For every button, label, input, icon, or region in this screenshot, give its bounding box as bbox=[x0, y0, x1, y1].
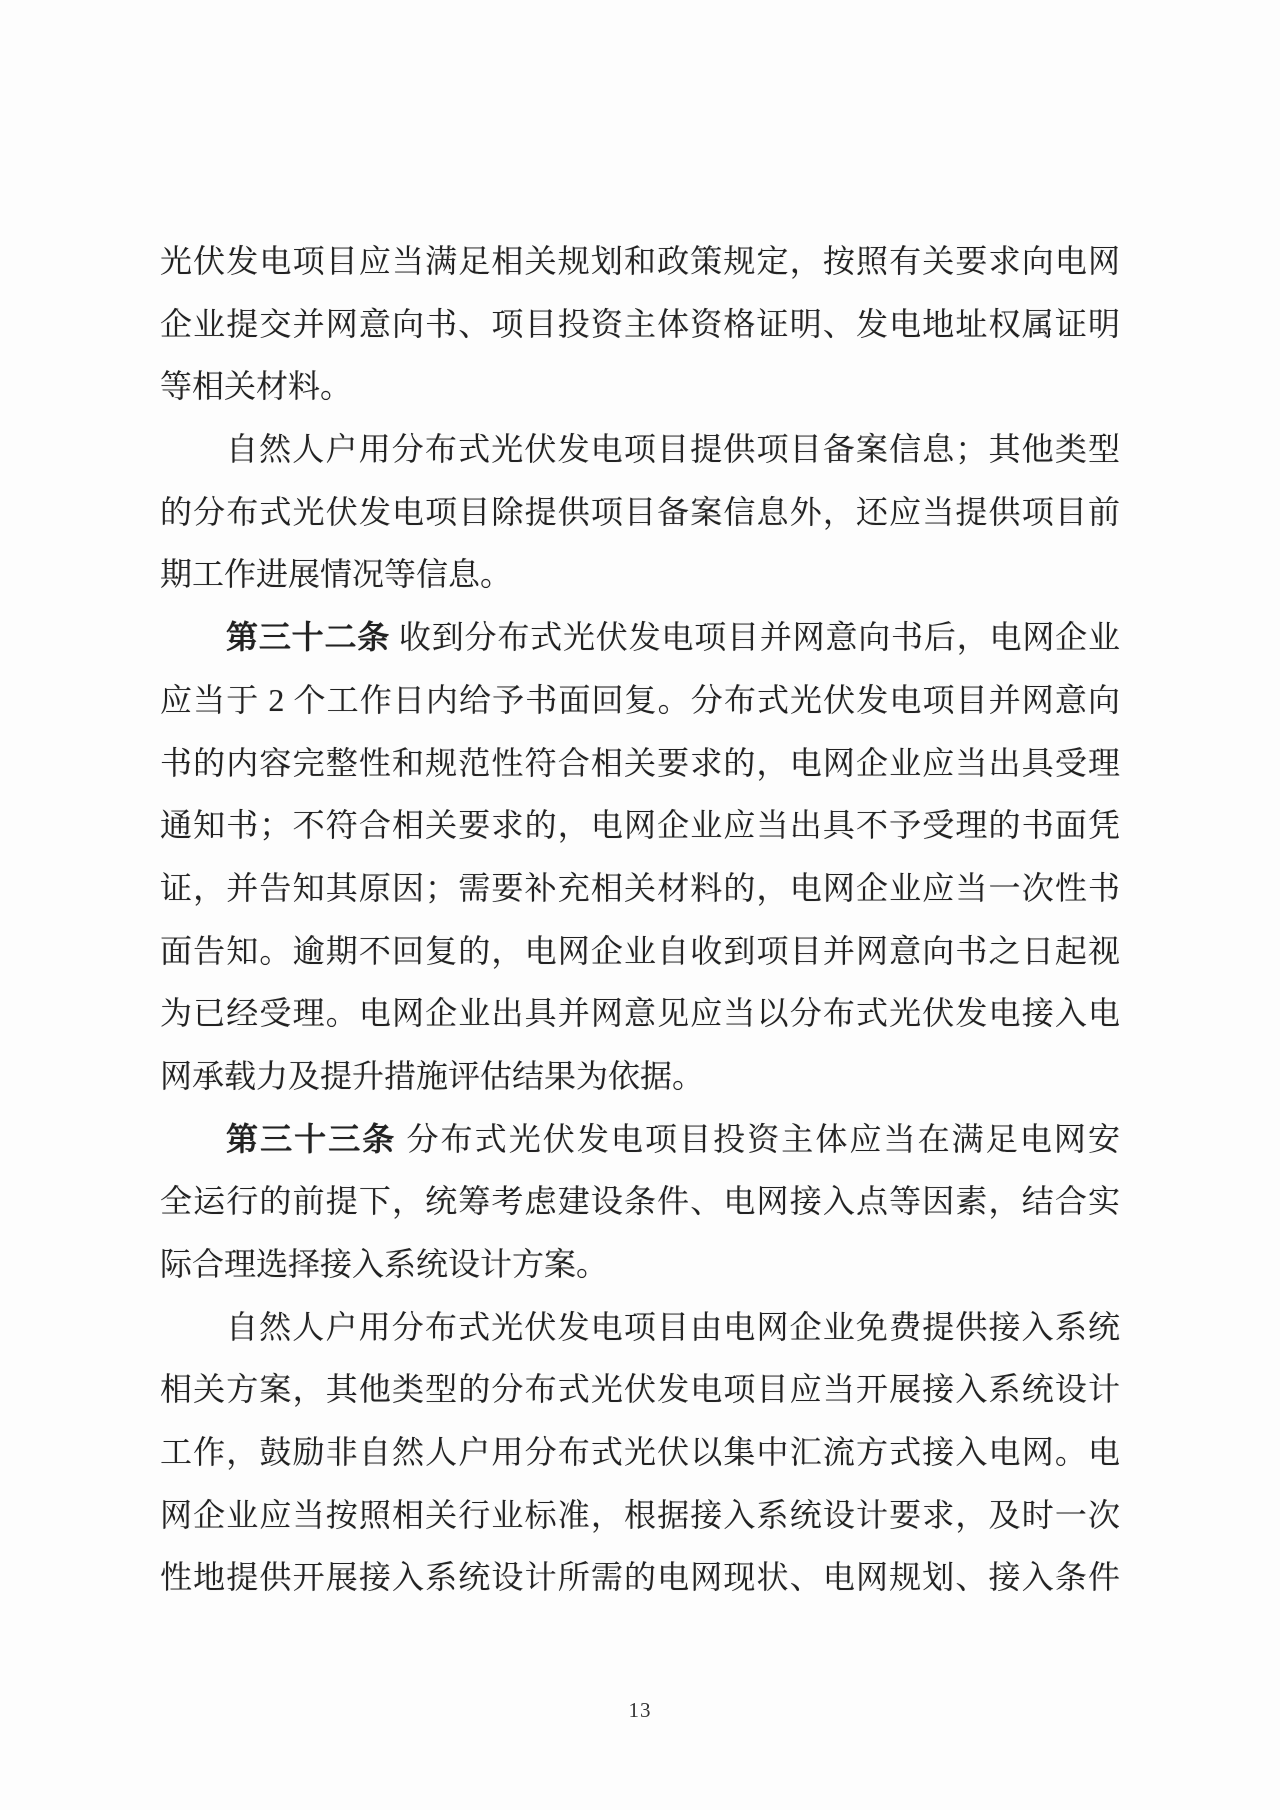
text-line: 网企业应当按照相关行业标准，根据接入系统设计要求，及时一次 bbox=[160, 1484, 1120, 1547]
text-line: 书的内容完整性和规范性符合相关要求的，电网企业应当出具受理 bbox=[160, 732, 1120, 795]
text-line: 网承载力及提升措施评估结果为依据。 bbox=[160, 1045, 1120, 1108]
text-block: 光伏发电项目应当满足相关规划和政策规定，按照有关要求向电网企业提交并网意向书、项… bbox=[160, 230, 1120, 1609]
article-number: 第三十三条 bbox=[226, 1121, 396, 1157]
text-line: 全运行的前提下，统筹考虑建设条件、电网接入点等因素，结合实 bbox=[160, 1170, 1120, 1233]
text-line: 第三十三条 分布式光伏发电项目投资主体应当在满足电网安 bbox=[160, 1108, 1120, 1171]
text-line: 自然人户用分布式光伏发电项目由电网企业免费提供接入系统 bbox=[160, 1296, 1120, 1359]
text-line: 工作，鼓励非自然人户用分布式光伏以集中汇流方式接入电网。电 bbox=[160, 1421, 1120, 1484]
page-number: 13 bbox=[629, 1698, 652, 1722]
text-line: 相关方案，其他类型的分布式光伏发电项目应当开展接入系统设计 bbox=[160, 1358, 1120, 1421]
text-line: 自然人户用分布式光伏发电项目提供项目备案信息；其他类型 bbox=[160, 418, 1120, 481]
text-line: 的分布式光伏发电项目除提供项目备案信息外，还应当提供项目前 bbox=[160, 481, 1120, 544]
text-line: 光伏发电项目应当满足相关规划和政策规定，按照有关要求向电网 bbox=[160, 230, 1120, 293]
article-number: 第三十二条 bbox=[226, 619, 390, 655]
text-line: 应当于 2 个工作日内给予书面回复。分布式光伏发电项目并网意向 bbox=[160, 669, 1120, 732]
text-line: 际合理选择接入系统设计方案。 bbox=[160, 1233, 1120, 1296]
text-line: 面告知。逾期不回复的，电网企业自收到项目并网意向书之日起视 bbox=[160, 920, 1120, 983]
text-line: 期工作进展情况等信息。 bbox=[160, 543, 1120, 606]
document-page: 光伏发电项目应当满足相关规划和政策规定，按照有关要求向电网企业提交并网意向书、项… bbox=[0, 0, 1280, 1810]
text-line: 等相关材料。 bbox=[160, 355, 1120, 418]
text-line: 企业提交并网意向书、项目投资主体资格证明、发电地址权属证明 bbox=[160, 293, 1120, 356]
text-line: 为已经受理。电网企业出具并网意见应当以分布式光伏发电接入电 bbox=[160, 982, 1120, 1045]
text-line: 证，并告知其原因；需要补充相关材料的，电网企业应当一次性书 bbox=[160, 857, 1120, 920]
text-line: 通知书；不符合相关要求的，电网企业应当出具不予受理的书面凭 bbox=[160, 794, 1120, 857]
page-footer: 13 bbox=[0, 1698, 1280, 1723]
text-line: 性地提供开展接入系统设计所需的电网现状、电网规划、接入条件 bbox=[160, 1546, 1120, 1609]
text-line: 第三十二条 收到分布式光伏发电项目并网意向书后，电网企业 bbox=[160, 606, 1120, 669]
